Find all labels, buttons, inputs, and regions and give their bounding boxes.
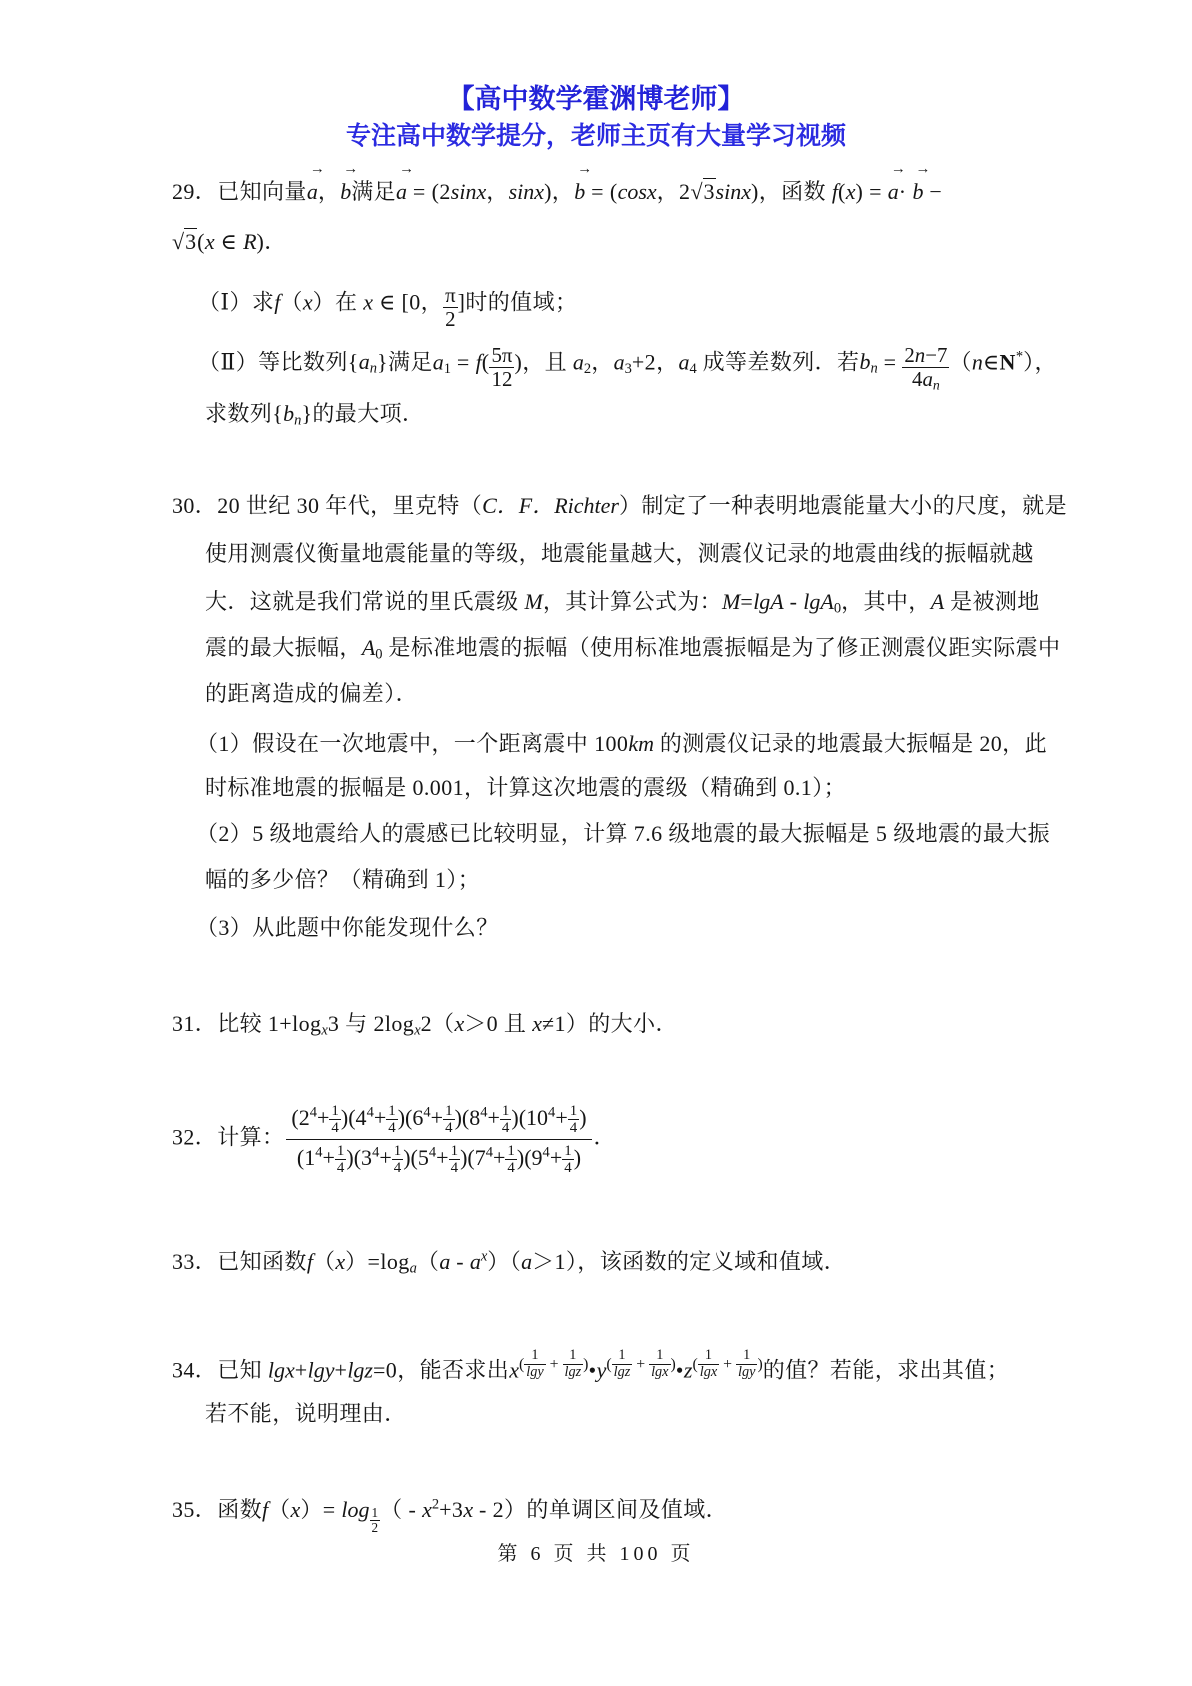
problem-35: 35．函数f（x）= log12（ - x2+3x - 2）的单调区间及值域． [172, 1494, 728, 1536]
problem-30-line-1: 30．20 世纪 30 年代，里克特（C．F．Richter）制定了一种表明地震… [172, 490, 1067, 522]
problem-30-line-5: 的距离造成的偏差）． [205, 678, 418, 710]
problem-29-part-2: （Ⅱ）等比数列{an}满足a1 = f(5π12)，且 a2，a3+2，a4 成… [198, 344, 1057, 392]
problem-34-line-1: 34．已知 lgx+lgy+lgz=0，能否求出x(1lgy + 1lgz)•y… [172, 1348, 1009, 1386]
problem-30-item-1a: （1）假设在一次地震中，一个距离震中 100km 的测震仪记录的地震最大振幅是 … [196, 728, 1047, 760]
problem-30-line-3: 大．这就是我们常说的里氏震级 M，其计算公式为：M=lgA - lgA0，其中，… [205, 586, 1040, 618]
problem-31: 31．比较 1+logx3 与 2logx2（x＞0 且 x≠1）的大小． [172, 1008, 678, 1040]
problem-29-part-2b: 求数列{bn}的最大项． [205, 398, 424, 430]
header-subtitle: 专注高中数学提分，老师主页有大量学习视频 [0, 119, 1192, 153]
header-title: 【高中数学霍渊博老师】 [0, 82, 1192, 116]
page-footer: 第 6 页 共 100 页 [0, 1540, 1192, 1568]
problem-34-line-2: 若不能，说明理由． [205, 1398, 407, 1430]
problem-30-line-4: 震的最大振幅，A0 是标准地震的振幅（使用标准地震振幅是为了修正测震仪距实际震中 [205, 632, 1060, 664]
problem-30-item-3: （3）从此题中你能发现什么？ [196, 912, 499, 944]
worksheet-page: 【高中数学霍渊博老师】 专注高中数学提分，老师主页有大量学习视频 29．已知向量… [0, 0, 1192, 1686]
problem-30-item-2b: 幅的多少倍？（精确到 1）； [205, 864, 480, 896]
problem-29-line-2: √3(x ∈ R)． [172, 226, 287, 258]
problem-30-item-2a: （2）5 级地震给人的震感已比较明显，计算 7.6 级地震的最大振幅是 5 级地… [196, 818, 1050, 850]
problem-29-part-1: （Ⅰ）求f（x）在 x ∈ [0，π2]时的值域； [198, 284, 577, 331]
problem-32: 32．计算：(24+14)(44+14)(64+14)(84+14)(104+1… [172, 1100, 616, 1179]
problem-30-line-2: 使用测震仪衡量地震能量的等级，地震能量越大，测震仪记录的地震曲线的振幅就越 [205, 538, 1034, 570]
problem-33: 33．已知函数f（x）=loga（a - ax）（a＞1），该函数的定义域和值域… [172, 1246, 846, 1278]
problem-29-line-1: 29．已知向量→a，→b满足→a = (2sinx，sinx)，→b = (co… [172, 176, 942, 208]
problem-30-item-1b: 时标准地震的振幅是 0.001，计算这次地震的震级（精确到 0.1）； [205, 772, 846, 804]
